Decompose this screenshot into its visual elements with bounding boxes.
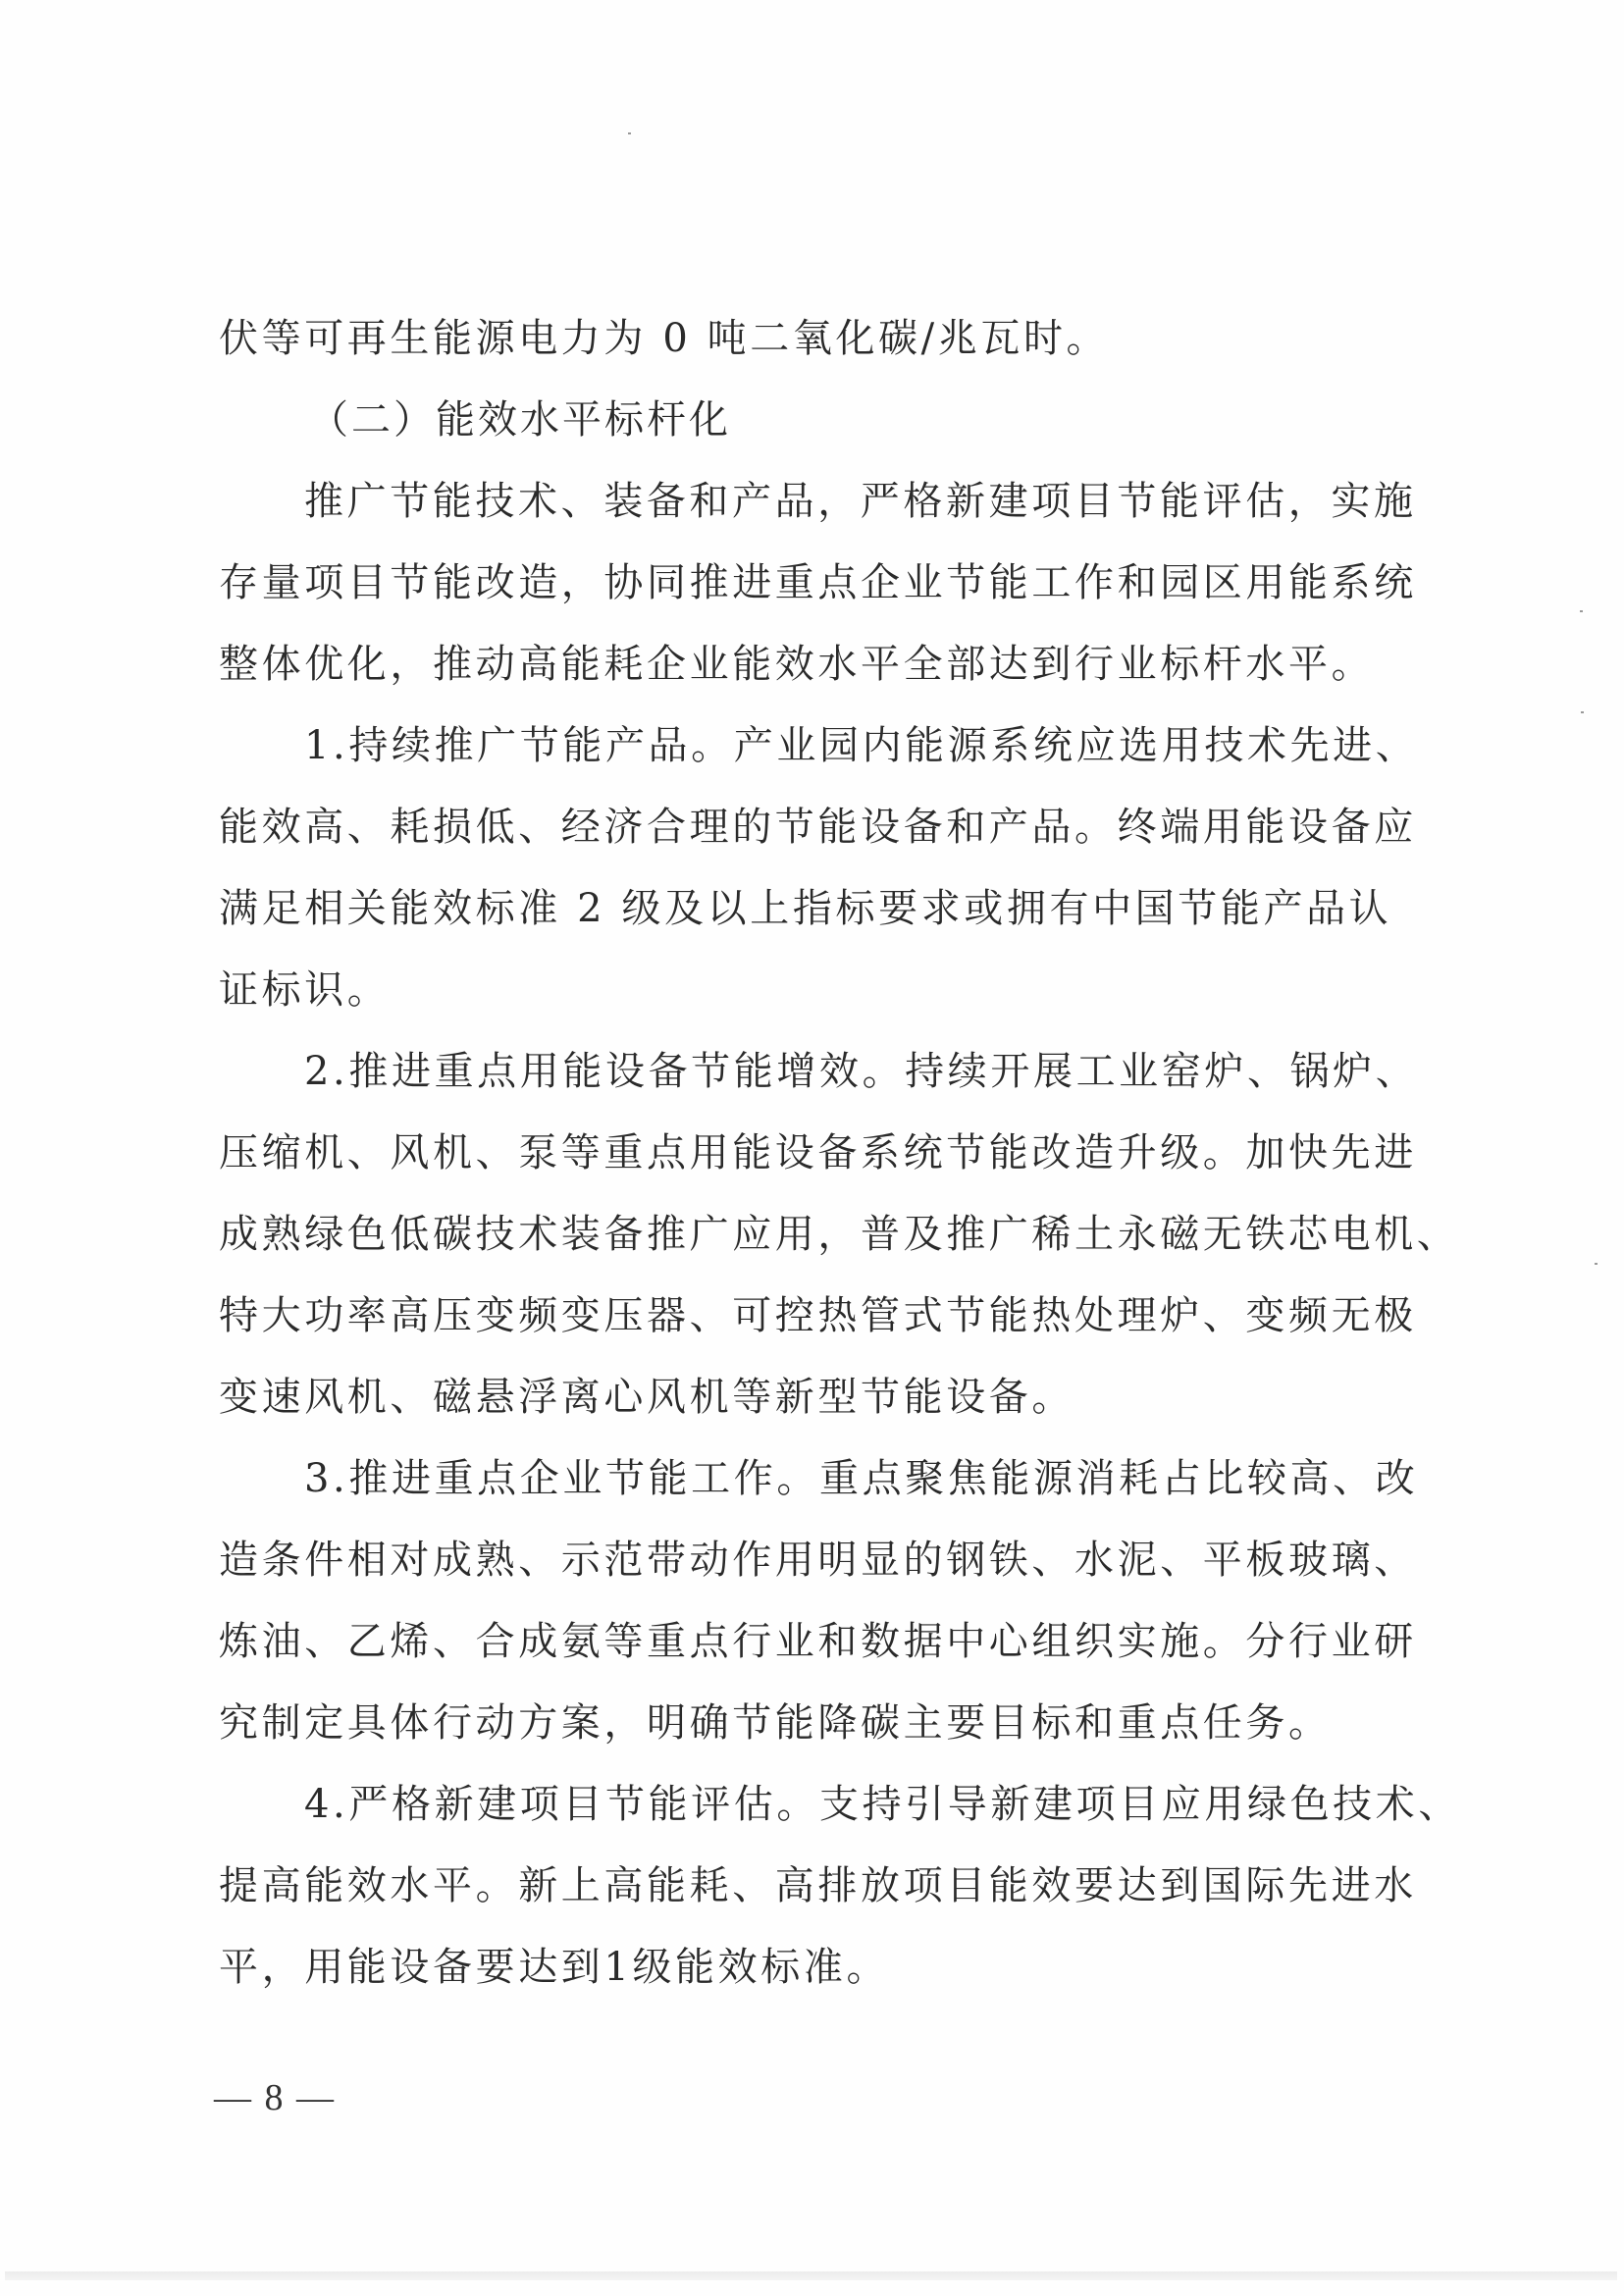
paragraph-line: 推广节能技术、装备和产品，严格新建项目节能评估，实施 [219,469,1445,550]
paragraph-line: 炼油、乙烯、合成氨等重点行业和数据中心组织实施。分行业研 [219,1609,1445,1691]
paragraph-line: 能效高、耗损低、经济合理的节能设备和产品。终端用能设备应 [219,795,1445,876]
document-page: 伏等可再生能源电力为 0 吨二氧化碳/兆瓦时。 （二）能效水平标杆化 推广节能技… [0,0,1624,2296]
paragraph-line: 平，用能设备要达到1级能效标准。 [219,1935,1445,2016]
paragraph-line: 整体优化，推动高能耗企业能效水平全部达到行业标杆水平。 [219,632,1445,713]
paragraph-line: 存量项目节能改造，协同推进重点企业节能工作和园区用能系统 [219,550,1445,632]
scan-speck [1580,610,1583,612]
paragraph-line: 究制定具体行动方案，明确节能降碳主要目标和重点任务。 [219,1691,1445,1772]
item-4-title-line: 4.严格新建项目节能评估。支持引导新建项目应用绿色技术、 [219,1772,1445,1853]
paragraph-line: 成熟绿色低碳技术装备推广应用，普及推广稀土永磁无铁芯电机、 [219,1202,1445,1283]
paragraph-line: 证标识。 [219,958,1445,1039]
item-2-title-line: 2.推进重点用能设备节能增效。持续开展工业窑炉、锅炉、 [219,1039,1445,1121]
scan-speck [1581,711,1584,713]
paragraph-line: 变速风机、磁悬浮离心风机等新型节能设备。 [219,1365,1445,1446]
scan-speck [1595,1263,1598,1265]
page-number: — 8 — [214,2078,336,2117]
item-3-title-line: 3.推进重点企业节能工作。重点聚焦能源消耗占比较高、改 [219,1446,1445,1528]
scan-edge-line [5,2271,1617,2280]
paragraph-line: 压缩机、风机、泵等重点用能设备系统节能改造升级。加快先进 [219,1121,1445,1202]
paragraph-line: 伏等可再生能源电力为 0 吨二氧化碳/兆瓦时。 [219,306,1445,388]
paragraph-line: 提高能效水平。新上高能耗、高排放项目能效要达到国际先进水 [219,1853,1445,1935]
paragraph-line: 满足相关能效标准 2 级及以上指标要求或拥有中国节能产品认 [219,876,1445,958]
item-1-title-line: 1.持续推广节能产品。产业园内能源系统应选用技术先进、 [219,713,1445,795]
section-heading: （二）能效水平标杆化 [219,388,1445,469]
paragraph-line: 特大功率高压变频变压器、可控热管式节能热处理炉、变频无极 [219,1283,1445,1365]
paragraph-line: 造条件相对成熟、示范带动作用明显的钢铁、水泥、平板玻璃、 [219,1528,1445,1609]
scan-speck [628,132,631,134]
document-body: 伏等可再生能源电力为 0 吨二氧化碳/兆瓦时。 （二）能效水平标杆化 推广节能技… [219,306,1445,2016]
